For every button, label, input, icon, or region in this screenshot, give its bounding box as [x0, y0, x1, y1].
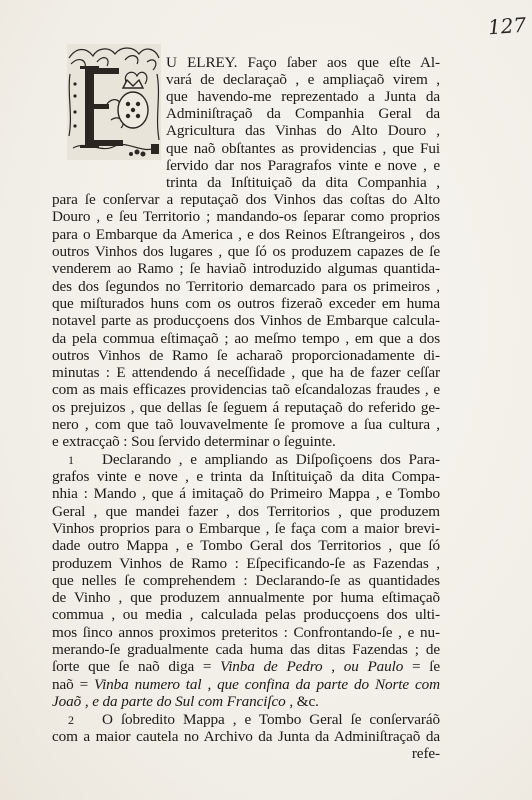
text-line: dade outro Mappa , e Tombo Geral dos Ter…	[52, 537, 440, 554]
text-run: = ſe	[403, 658, 440, 675]
text-run: ,	[323, 658, 344, 675]
text-line: nero , com que taõ louvavelmente ſe prom…	[52, 416, 440, 433]
italic-run: ou Paulo	[344, 658, 404, 675]
text-line: e extracçaõ : Sou ſervido determinar o ſ…	[52, 433, 440, 450]
text-line: da pela commua eſtimaçaõ ; ao meſmo temp…	[52, 330, 440, 347]
text-line: Vinhos proprios para o Embarque , ſe faç…	[52, 520, 440, 537]
text-line-mixed: ſorte que ſe naõ diga = Vinba de Pedro ,…	[52, 658, 440, 675]
section-number: 2	[68, 712, 102, 729]
page-number: 127	[487, 13, 527, 40]
text-run: ,	[202, 676, 218, 693]
text-run: O ſobredito Mappa , e Tombo Geral ſe con…	[102, 711, 440, 728]
text-line: U ELREY. Faço ſaber aos que eſte Al-	[166, 54, 440, 71]
text-line: para o Embarque da America , e dos Reino…	[52, 226, 440, 243]
text-line: com a maior cautela no Archivo da Junta …	[52, 728, 440, 745]
text-line: commua , ou media , calculada pelas prod…	[52, 606, 440, 623]
text-line-mixed: Joaõ , e da parte do Sul com Franciſco ,…	[52, 693, 440, 710]
italic-run: Vinba de Pedro	[220, 658, 322, 675]
catchword: refe-	[52, 745, 440, 762]
text-line: que naõ obſtantes as providencias , que …	[166, 140, 440, 157]
text-line: produzem Vinhos de Ramo : Eſpecificando-…	[52, 555, 440, 572]
text-line: outros Vinhos dos lugares , que ſó os pr…	[52, 243, 440, 260]
text-line: ſervido dar nos Paragrafos vinte e nove …	[166, 157, 440, 174]
section-2-first-line: 2O ſobredito Mappa , e Tombo Geral ſe co…	[68, 711, 440, 729]
text-line: que nelles ſe comprehendem : Declarando-…	[52, 572, 440, 589]
text-line: des dos ſegundos no Territorio demarcado…	[52, 278, 440, 295]
ornament-icon	[67, 44, 161, 160]
text-line: para ſe conſervar a reputaçaõ dos Vinhos…	[52, 191, 440, 208]
document-page: 127	[0, 0, 532, 800]
text-line: grafos vinte e nove , e trinta da Inſtit…	[52, 468, 440, 485]
text-line: outros Vinhos de Ramo ſe acharaõ proporc…	[52, 347, 440, 364]
italic-run: Joaõ	[52, 693, 81, 710]
text-line: merando-ſe gradualmente cada huma das di…	[52, 641, 440, 658]
italic-run: que confina da parte do Norte com	[217, 676, 440, 693]
text-line: Douro , e ſeu Territorio ; mandando-os ſ…	[52, 208, 440, 225]
text-run: , &c.	[286, 693, 319, 710]
text-run: ,	[81, 693, 92, 710]
text-line: notavel parte as producçoens dos Vinhos …	[52, 312, 440, 329]
text-run: ſorte que ſe naõ diga =	[52, 658, 220, 675]
italic-run: Vinba numero tal	[94, 676, 202, 693]
italic-run: e da parte do Sul com Franciſco	[92, 693, 285, 710]
text-line-mixed: naõ = Vinba numero tal , que confina da …	[52, 676, 440, 693]
section-number: 1	[68, 452, 102, 469]
text-line: de Vinho , que produzem annualmente por …	[52, 589, 440, 606]
text-line: mos ſinco annos proximos preteritos : Co…	[52, 624, 440, 641]
text-line: venderem ao Ramo ; ſe haviaõ introduzido…	[52, 260, 440, 277]
text-line: que havendo-me reprezentado a Junta da	[166, 88, 440, 105]
text-line: Adminiſtraçaõ da Companhia Geral da	[166, 105, 440, 122]
text-line: que miſturados huns com os outros fizera…	[52, 295, 440, 312]
text-line: vará de declaraçaõ , e ampliaçaõ virem ,	[166, 71, 440, 88]
decorated-initial	[67, 44, 161, 160]
text-run: Declarando , e ampliando as Diſpoſiçoens…	[102, 451, 440, 468]
text-line: minutas : E attendendo á neceſſidade , q…	[52, 364, 440, 381]
text-run: naõ =	[52, 676, 94, 693]
text-line: Geral , que mandei fazer , dos Territori…	[52, 503, 440, 520]
text-line: trinta da Inſtituiçaõ da dita Companhia …	[166, 174, 440, 191]
text-line: Agricultura das Vinhas do Alto Douro ,	[166, 122, 440, 139]
section-1-first-line: 1Declarando , e ampliando as Diſpoſiçoen…	[68, 451, 440, 469]
text-line: com as mais efficazes providencias taõ e…	[52, 381, 440, 398]
text-line: nhia : Mando , que á imitaçaõ do Primeir…	[52, 485, 440, 502]
text-line: os prejuizos , que dellas ſe ſeguem á re…	[52, 399, 440, 416]
